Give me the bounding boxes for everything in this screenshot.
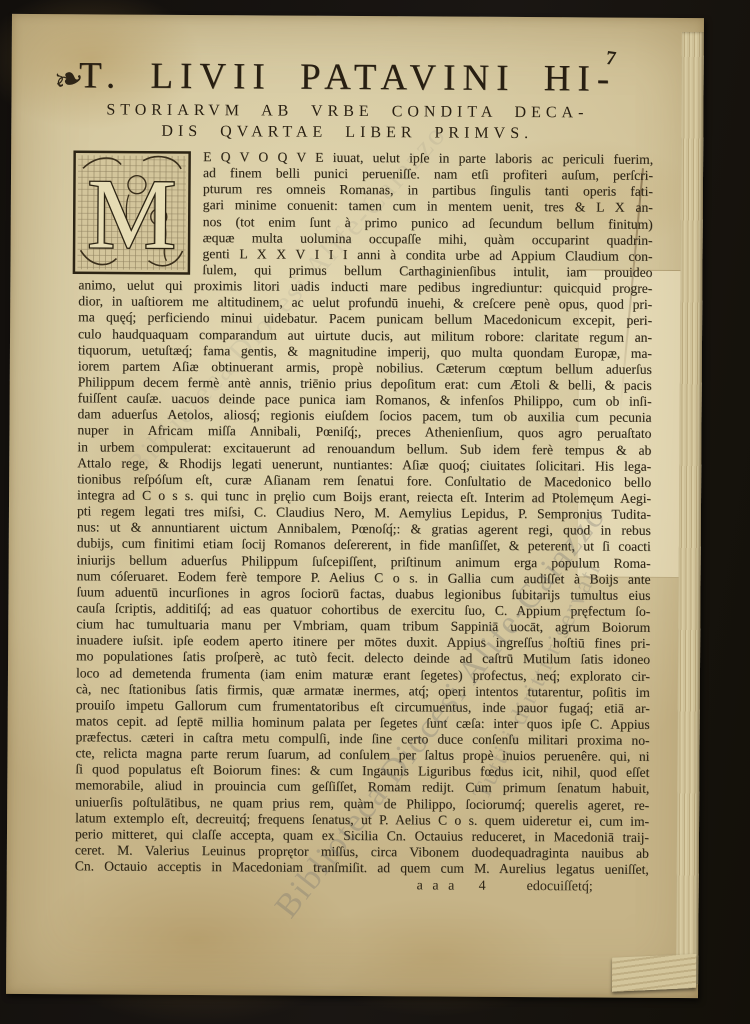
page-stack-corner [612, 954, 696, 992]
book-fore-edge [676, 32, 704, 984]
signature-mark: a a a [417, 879, 458, 895]
catchword: edocuiſſetq́; [527, 879, 593, 895]
initial-letter: M [87, 158, 177, 270]
signature-row: a a a 4 edocuiſſetq́; [75, 877, 649, 899]
title-block: T. LIVII PATAVINI HI- STORIARVM AB VRBE … [51, 54, 644, 144]
page-title-line3: DIS QVARTAE LIBER PRIMVS. [51, 122, 643, 144]
text-block: M E Q V O Q V E iuuat, uelut ipſe in par… [75, 148, 654, 898]
page-title-line1: T. LIVII PATAVINI HI- [51, 54, 643, 101]
paper-stain [306, 896, 567, 1018]
scan-background: 7 ❧ T. LIVII PATAVINI HI- STORIARVM AB V… [0, 0, 750, 1024]
signature-number: 4 [479, 879, 486, 895]
page-title-line2: STORIARVM AB VRBE CONDITA DECA- [51, 101, 643, 123]
book-page: 7 ❧ T. LIVII PATAVINI HI- STORIARVM AB V… [6, 14, 704, 998]
woodcut-initial-M: M [72, 150, 191, 275]
text-line: Cn. Octauio acceptis in Macedoniam tranſ… [75, 858, 649, 878]
